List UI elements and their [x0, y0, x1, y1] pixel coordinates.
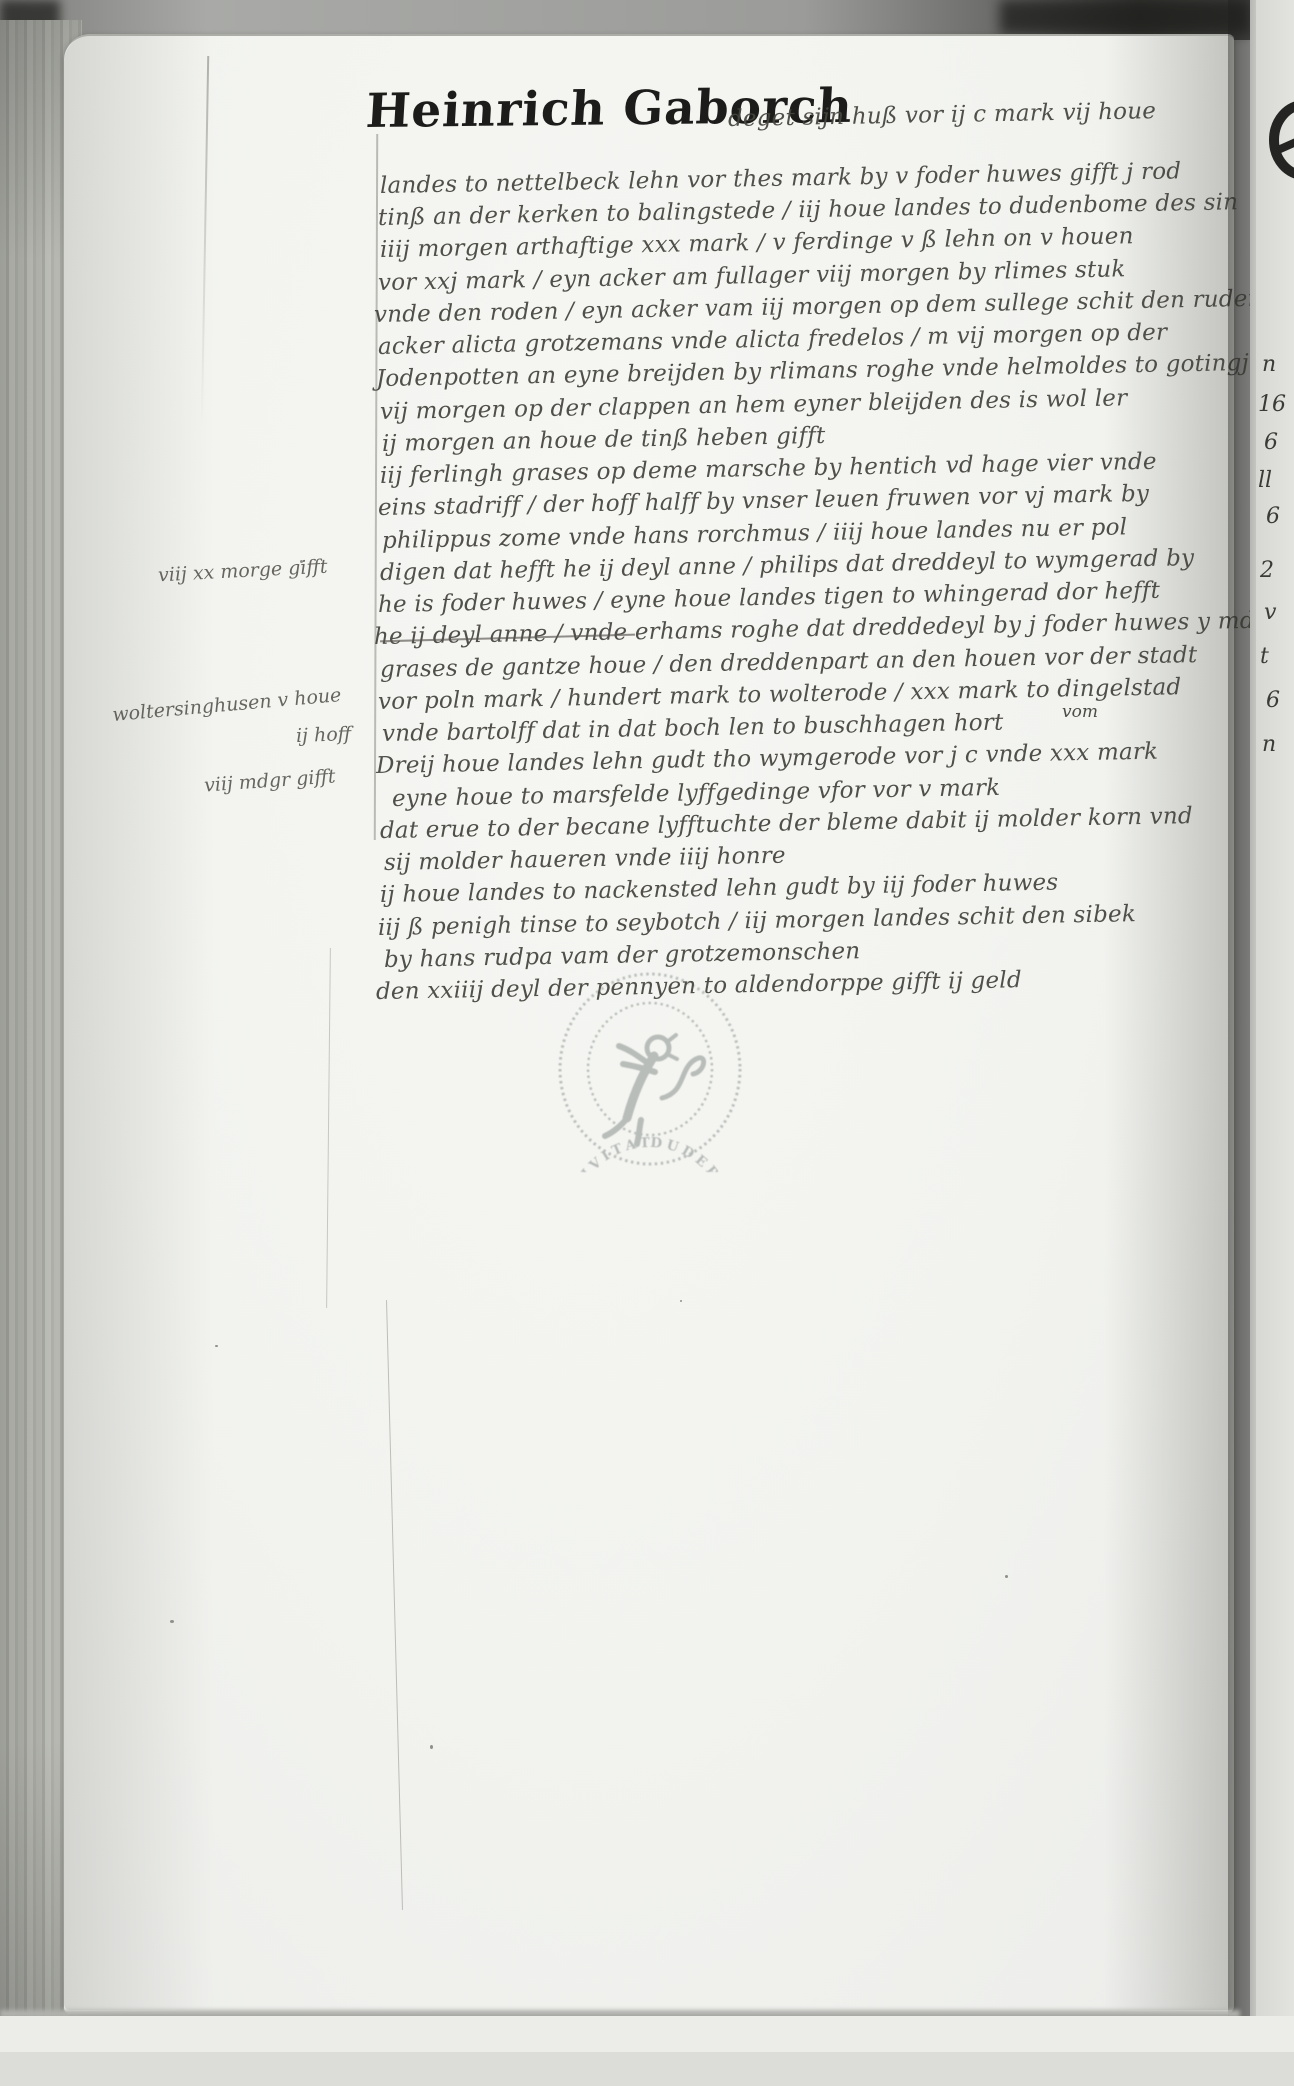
paper-speck	[430, 1745, 433, 1749]
below-page-surface-light	[0, 2016, 1294, 2052]
next-page-text-fragment: 6	[1266, 688, 1280, 713]
next-page-text-fragment: t	[1260, 644, 1269, 669]
gutter-shadow	[1228, 0, 1256, 2086]
paper-speck	[170, 1620, 174, 1623]
book-top-right-shadow	[1000, 0, 1250, 34]
page-left-curl-shading	[64, 36, 214, 2010]
superscript-correction: vom	[1062, 702, 1098, 722]
next-page-text-fragment: 2	[1260, 558, 1274, 583]
next-page-text-fragment: 16	[1258, 392, 1286, 417]
partial-capital-letter	[1252, 94, 1294, 190]
next-page-text-fragment: 6	[1264, 430, 1278, 455]
margin-note: ij hoff	[296, 723, 352, 747]
next-page-text-fragment: v	[1264, 600, 1276, 625]
below-page-surface	[0, 2052, 1294, 2086]
next-page-text-fragment: n	[1262, 352, 1276, 377]
paper-speck	[215, 1345, 218, 1347]
paper-speck	[1005, 1575, 1008, 1578]
lion-rampant-emblem	[605, 1035, 704, 1144]
next-page-edge	[1250, 0, 1294, 2086]
next-page-text-fragment: n	[1262, 732, 1276, 757]
scanned-manuscript-screenshot: { "page_title": "Handwritten register pa…	[0, 0, 1294, 2086]
next-page-text-fragment: 6	[1266, 504, 1280, 529]
next-page-initial-glyph	[1252, 94, 1294, 190]
paper-speck	[680, 1300, 682, 1302]
next-page-text-fragment: ll	[1258, 468, 1272, 493]
